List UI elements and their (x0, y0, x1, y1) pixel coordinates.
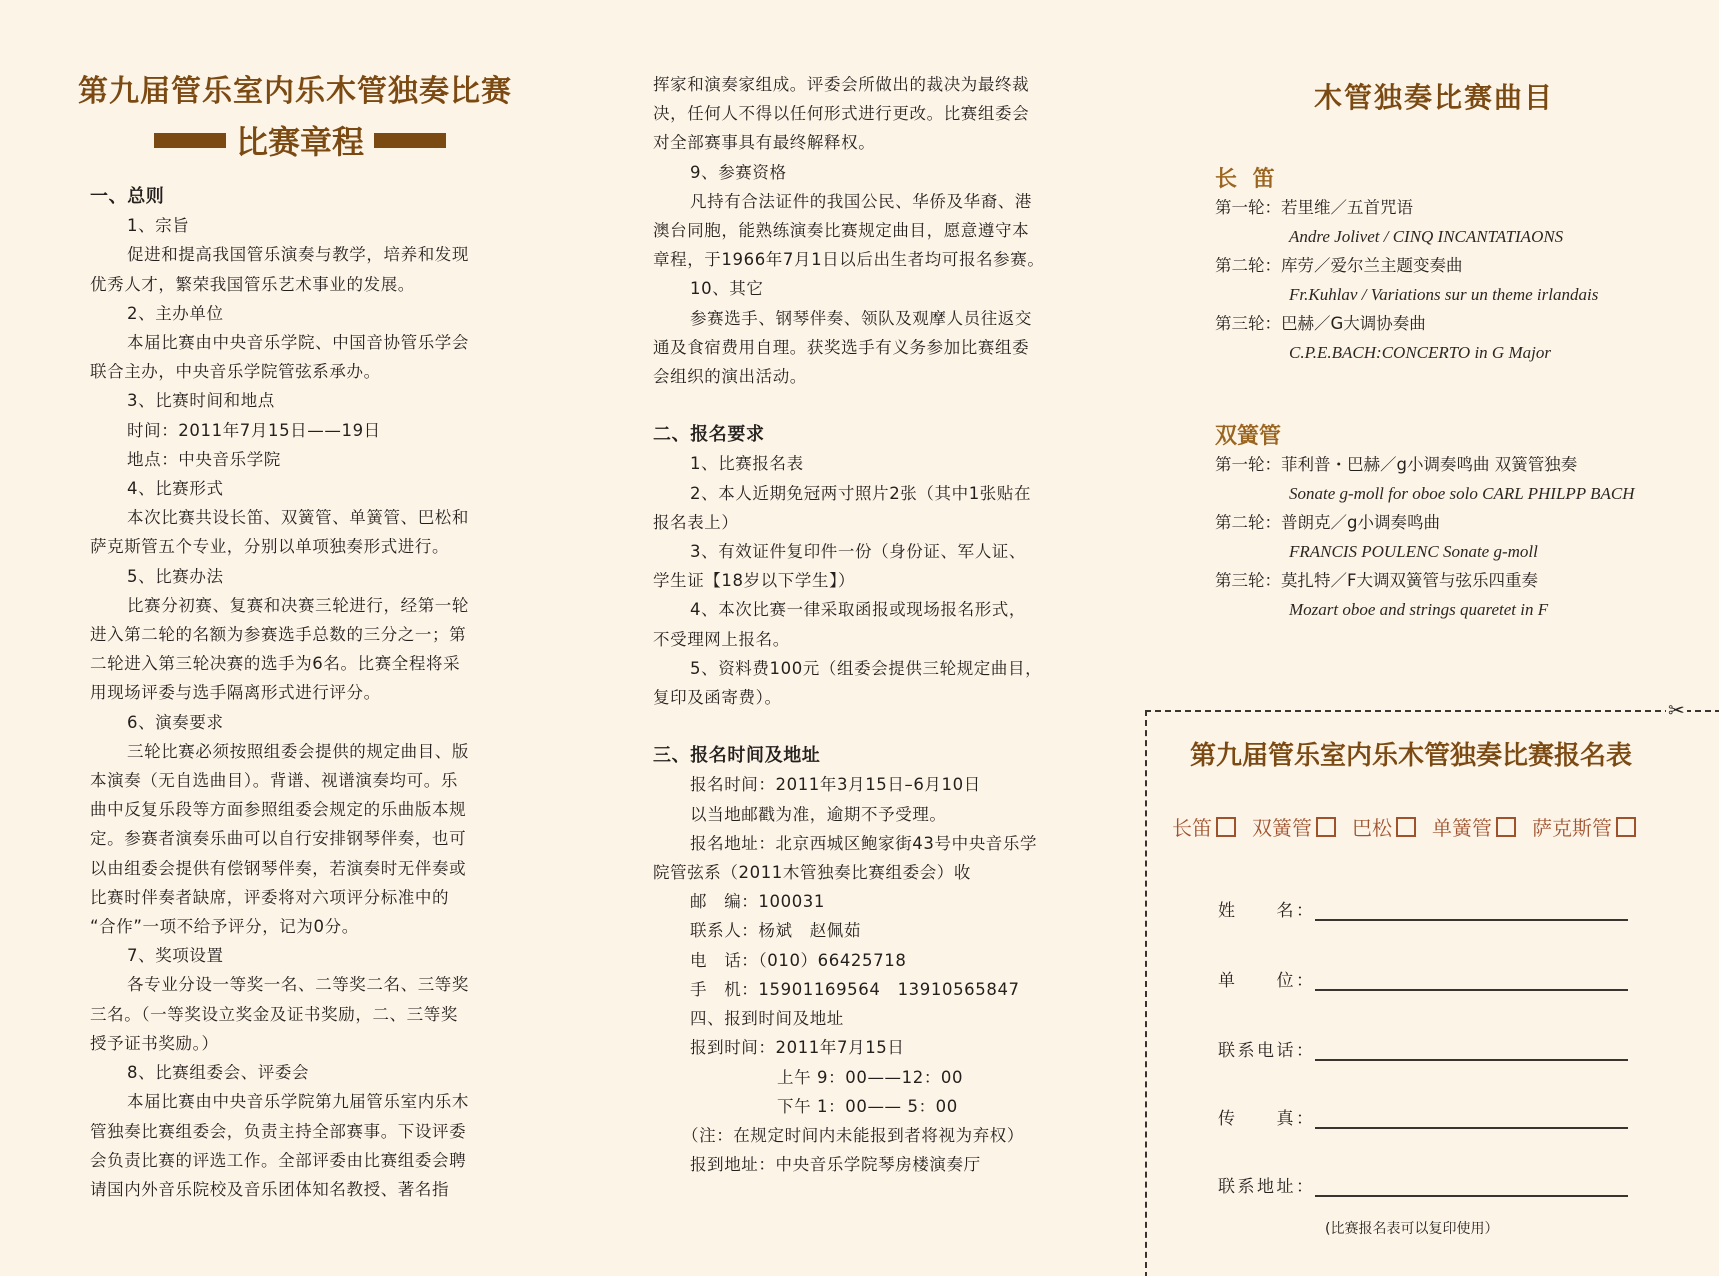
paragraph-line: 报名表上） (653, 508, 1083, 537)
mobile: 手 机：15901169564 13910565847 (653, 975, 1083, 1004)
field-label: 单 位： (1218, 966, 1313, 991)
checkbox-saxophone[interactable]: 萨克斯管 (1532, 812, 1636, 841)
paragraph-line: 联合主办，中央音乐学院管弦系承办。 (90, 357, 510, 386)
registration-address-cont: 院管弦系（2011木管独奏比赛组委会）收 (653, 858, 1083, 887)
checkin-heading: 四、报到时间及地址 (653, 1004, 1083, 1033)
paragraph-line: 以由组委会提供有偿钢琴伴奏，若演奏时无伴奏或 (90, 854, 510, 883)
phone: 电 话：（010）66425718 (653, 946, 1083, 975)
item-title: 6、演奏要求 (90, 708, 510, 737)
repertoire-title: 木管独奏比赛曲目 (1314, 76, 1554, 116)
field-fax: 传 真： (1218, 1104, 1628, 1129)
paragraph-line: 2、本人近期免冠两寸照片2张（其中1张贴在 (653, 479, 1083, 508)
field-label: 姓 名： (1218, 896, 1313, 921)
paragraph-line: 不受理网上报名。 (653, 625, 1083, 654)
paragraph-line: 请国内外音乐院校及音乐团体知名教授、著名指 (90, 1175, 510, 1204)
field-address: 联系地址： (1218, 1172, 1628, 1197)
paragraph-line: 5、资料费100元（组委会提供三轮规定曲目， (653, 654, 1083, 683)
scissors-icon: ✂ (1666, 700, 1687, 720)
checkin-address: 报到地址：中央音乐学院琴房楼演奏厅 (653, 1150, 1083, 1179)
paragraph-line: 本届比赛由中央音乐学院、中国音协管乐学会 (90, 328, 510, 357)
round-en: Sonate g-moll for oboe solo CARL PHILPP … (1215, 479, 1695, 508)
field-label: 传 真： (1218, 1104, 1313, 1129)
paragraph-line: 对全部赛事具有最终解释权。 (653, 128, 1083, 157)
round-en: Mozart oboe and strings quaretet in F (1215, 595, 1695, 624)
paragraph-line: 凡持有合法证件的我国公民、华侨及华裔、港 (653, 187, 1083, 216)
checkbox-label: 单簧管 (1432, 812, 1492, 841)
field-label: 联系电话： (1218, 1036, 1313, 1061)
postcode: 邮 编：100031 (653, 887, 1083, 916)
rules-column-2: 挥家和演奏家组成。评委会所做出的裁决为最终裁 决，任何人不得以任何形式进行更改。… (653, 70, 1083, 1179)
paragraph-line: 会组织的演出活动。 (653, 362, 1083, 391)
field-organization: 单 位： (1218, 966, 1628, 991)
paragraph-line: 曲中反复乐段等方面参照组委会规定的乐曲版本规 (90, 795, 510, 824)
paragraph-line: 会负责比赛的评选工作。全部评委由比赛组委会聘 (90, 1146, 510, 1175)
paragraph-line: 促进和提高我国管乐演奏与教学，培养和发现 (90, 240, 510, 269)
item-title: 3、比赛时间和地点 (90, 386, 510, 415)
paragraph-line: 3、有效证件复印件一份（身份证、军人证、 (653, 537, 1083, 566)
decorative-bar-left (154, 133, 226, 148)
fax-input-line[interactable] (1315, 1107, 1628, 1129)
postmark-note: 以当地邮戳为准，逾期不予受理。 (653, 800, 1083, 829)
paragraph-line: 澳台同胞，能熟练演奏比赛规定曲目，愿意遵守本 (653, 216, 1083, 245)
checkbox-label: 长笛 (1172, 812, 1212, 841)
paragraph-line: 参赛选手、钢琴伴奏、领队及观摩人员往返交 (653, 304, 1083, 333)
paragraph-line: 比赛时伴奏者缺席，评委将对六项评分标准中的 (90, 883, 510, 912)
checkbox-square[interactable] (1616, 817, 1636, 837)
paragraph-line: 二轮进入第三轮决赛的选手为6名。比赛全程将采 (90, 649, 510, 678)
paragraph-line: “合作”一项不给予评分，记为0分。 (90, 912, 510, 941)
round-cn: 第一轮：菲利普・巴赫／g小调奏鸣曲 双簧管独奏 (1215, 450, 1695, 479)
checkbox-label: 双簧管 (1252, 812, 1312, 841)
checkbox-flute[interactable]: 长笛 (1172, 812, 1236, 841)
paragraph-line: 进入第二轮的名额为参赛选手总数的三分之一；第 (90, 620, 510, 649)
name-input-line[interactable] (1315, 899, 1628, 921)
paragraph-line: 萨克斯管五个专业，分别以单项独奏形式进行。 (90, 532, 510, 561)
paragraph-line: 复印及函寄费）。 (653, 683, 1083, 712)
organization-input-line[interactable] (1315, 969, 1628, 991)
checkbox-square[interactable] (1496, 817, 1516, 837)
checkin-note: （注：在规定时间内未能报到者将视为弃权） (645, 1121, 1083, 1150)
paragraph-line: 1、比赛报名表 (653, 449, 1083, 478)
address-input-line[interactable] (1315, 1175, 1628, 1197)
round-en: Andre Jolivet / CINQ INCANTATIAONS (1215, 222, 1695, 251)
paragraph-line: 本届比赛由中央音乐学院第九届管乐室内乐木 (90, 1087, 510, 1116)
paragraph-line: 定。参赛者演奏乐曲可以自行安排钢琴伴奏，也可 (90, 824, 510, 853)
checkbox-square[interactable] (1216, 817, 1236, 837)
rules-subtitle-row: 比赛章程 (150, 118, 450, 162)
paragraph-line: 优秀人才，繁荣我国管乐艺术事业的发展。 (90, 270, 510, 299)
paragraph-line: 4、本次比赛一律采取函报或现场报名形式， (653, 595, 1083, 624)
paragraph-line: 各专业分设一等奖一名、二等奖二名、三等奖 (90, 970, 510, 999)
field-phone: 联系电话： (1218, 1036, 1628, 1061)
section-heading: 二、报名要求 (653, 420, 1083, 449)
paragraph-line: 决，任何人不得以任何形式进行更改。比赛组委会 (653, 99, 1083, 128)
paragraph-line: 挥家和演奏家组成。评委会所做出的裁决为最终裁 (653, 70, 1083, 99)
checkbox-label: 巴松 (1352, 812, 1392, 841)
item-title: 1、宗旨 (90, 211, 510, 240)
checkbox-label: 萨克斯管 (1532, 812, 1612, 841)
paragraph-line: 地点：中央音乐学院 (90, 445, 510, 474)
round-en: FRANCIS POULENC Sonate g-moll (1215, 537, 1695, 566)
checkbox-square[interactable] (1316, 817, 1336, 837)
field-name: 姓 名： (1218, 896, 1628, 921)
paragraph-line: 管独奏比赛组委会，负责主持全部赛事。下设评委 (90, 1117, 510, 1146)
item-title: 2、主办单位 (90, 299, 510, 328)
instrument-checkboxes: 长笛 双簧管 巴松 单簧管 萨克斯管 (1172, 812, 1636, 841)
checkbox-clarinet[interactable]: 单簧管 (1432, 812, 1516, 841)
round-cn: 第二轮：普朗克／g小调奏鸣曲 (1215, 508, 1695, 537)
phone-input-line[interactable] (1315, 1039, 1628, 1061)
paragraph-line: 本演奏（无自选曲目）。背谱、视谱演奏均可。乐 (90, 766, 510, 795)
checkbox-oboe[interactable]: 双簧管 (1252, 812, 1336, 841)
item-title: 9、参赛资格 (653, 158, 1083, 187)
item-title: 10、其它 (653, 274, 1083, 303)
round-cn: 第一轮：若里维／五首咒语 (1215, 193, 1695, 222)
round-cn: 第三轮：莫扎特／F大调双簧管与弦乐四重奏 (1215, 566, 1695, 595)
checkbox-square[interactable] (1396, 817, 1416, 837)
checkin-afternoon: 下午 1：00—— 5：00 (653, 1092, 1083, 1121)
checkin-time: 报到时间：2011年7月15日 (653, 1033, 1083, 1062)
paragraph-line: 比赛分初赛、复赛和决赛三轮进行，经第一轮 (90, 591, 510, 620)
item-title: 4、比赛形式 (90, 474, 510, 503)
paragraph-line: 三名。（一等奖设立奖金及证书奖励，二、三等奖 (90, 1000, 510, 1029)
round-en: Fr.Kuhlav / Variations sur un theme irla… (1215, 280, 1695, 309)
decorative-bar-right (374, 133, 446, 148)
paragraph-line: 三轮比赛必须按照组委会提供的规定曲目、版 (90, 737, 510, 766)
paragraph-line: 通及食宿费用自理。获奖选手有义务参加比赛组委 (653, 333, 1083, 362)
paragraph-line: 用现场评委与选手隔离形式进行评分。 (90, 678, 510, 707)
section-heading: 三、报名时间及地址 (653, 741, 1083, 770)
rules-subtitle: 比赛章程 (236, 117, 364, 163)
paragraph-line: 学生证【18岁以下学生】） (653, 566, 1083, 595)
rules-column-1: 一、总则 1、宗旨 促进和提高我国管乐演奏与教学，培养和发现 优秀人才，繁荣我国… (90, 182, 510, 1204)
paragraph-line: 授予证书奖励。） (90, 1029, 510, 1058)
item-title: 8、比赛组委会、评委会 (90, 1058, 510, 1087)
item-title: 5、比赛办法 (90, 562, 510, 591)
registration-time: 报名时间：2011年3月15日–6月10日 (653, 770, 1083, 799)
repertoire-list: 长 笛 第一轮：若里维／五首咒语 Andre Jolivet / CINQ IN… (1215, 162, 1695, 624)
contact-person: 联系人：杨斌 赵佩茹 (653, 916, 1083, 945)
paragraph-line: 本次比赛共设长笛、双簧管、单簧管、巴松和 (90, 503, 510, 532)
checkin-morning: 上午 9：00——12：00 (653, 1063, 1083, 1092)
round-cn: 第三轮：巴赫／G大调协奏曲 (1215, 309, 1695, 338)
form-copy-note: (比赛报名表可以复印使用） (1325, 1218, 1498, 1238)
field-label: 联系地址： (1218, 1172, 1313, 1197)
item-title: 7、奖项设置 (90, 941, 510, 970)
round-en: C.P.E.BACH:CONCERTO in G Major (1215, 338, 1695, 367)
checkbox-bassoon[interactable]: 巴松 (1352, 812, 1416, 841)
form-title: 第九届管乐室内乐木管独奏比赛报名表 (1190, 735, 1632, 772)
paragraph-line: 时间：2011年7月15日——19日 (90, 416, 510, 445)
round-cn: 第二轮：库劳／爱尔兰主题变奏曲 (1215, 251, 1695, 280)
rules-title: 第九届管乐室内乐木管独奏比赛 (78, 66, 518, 110)
section-heading: 一、总则 (90, 182, 510, 211)
instrument-heading-flute: 长 笛 (1215, 162, 1695, 193)
instrument-heading-oboe: 双簧管 (1215, 419, 1695, 450)
registration-address: 报名地址：北京西城区鲍家街43号中央音乐学 (653, 829, 1083, 858)
paragraph-line: 章程，于1966年7月1日以后出生者均可报名参赛。 (653, 245, 1083, 274)
